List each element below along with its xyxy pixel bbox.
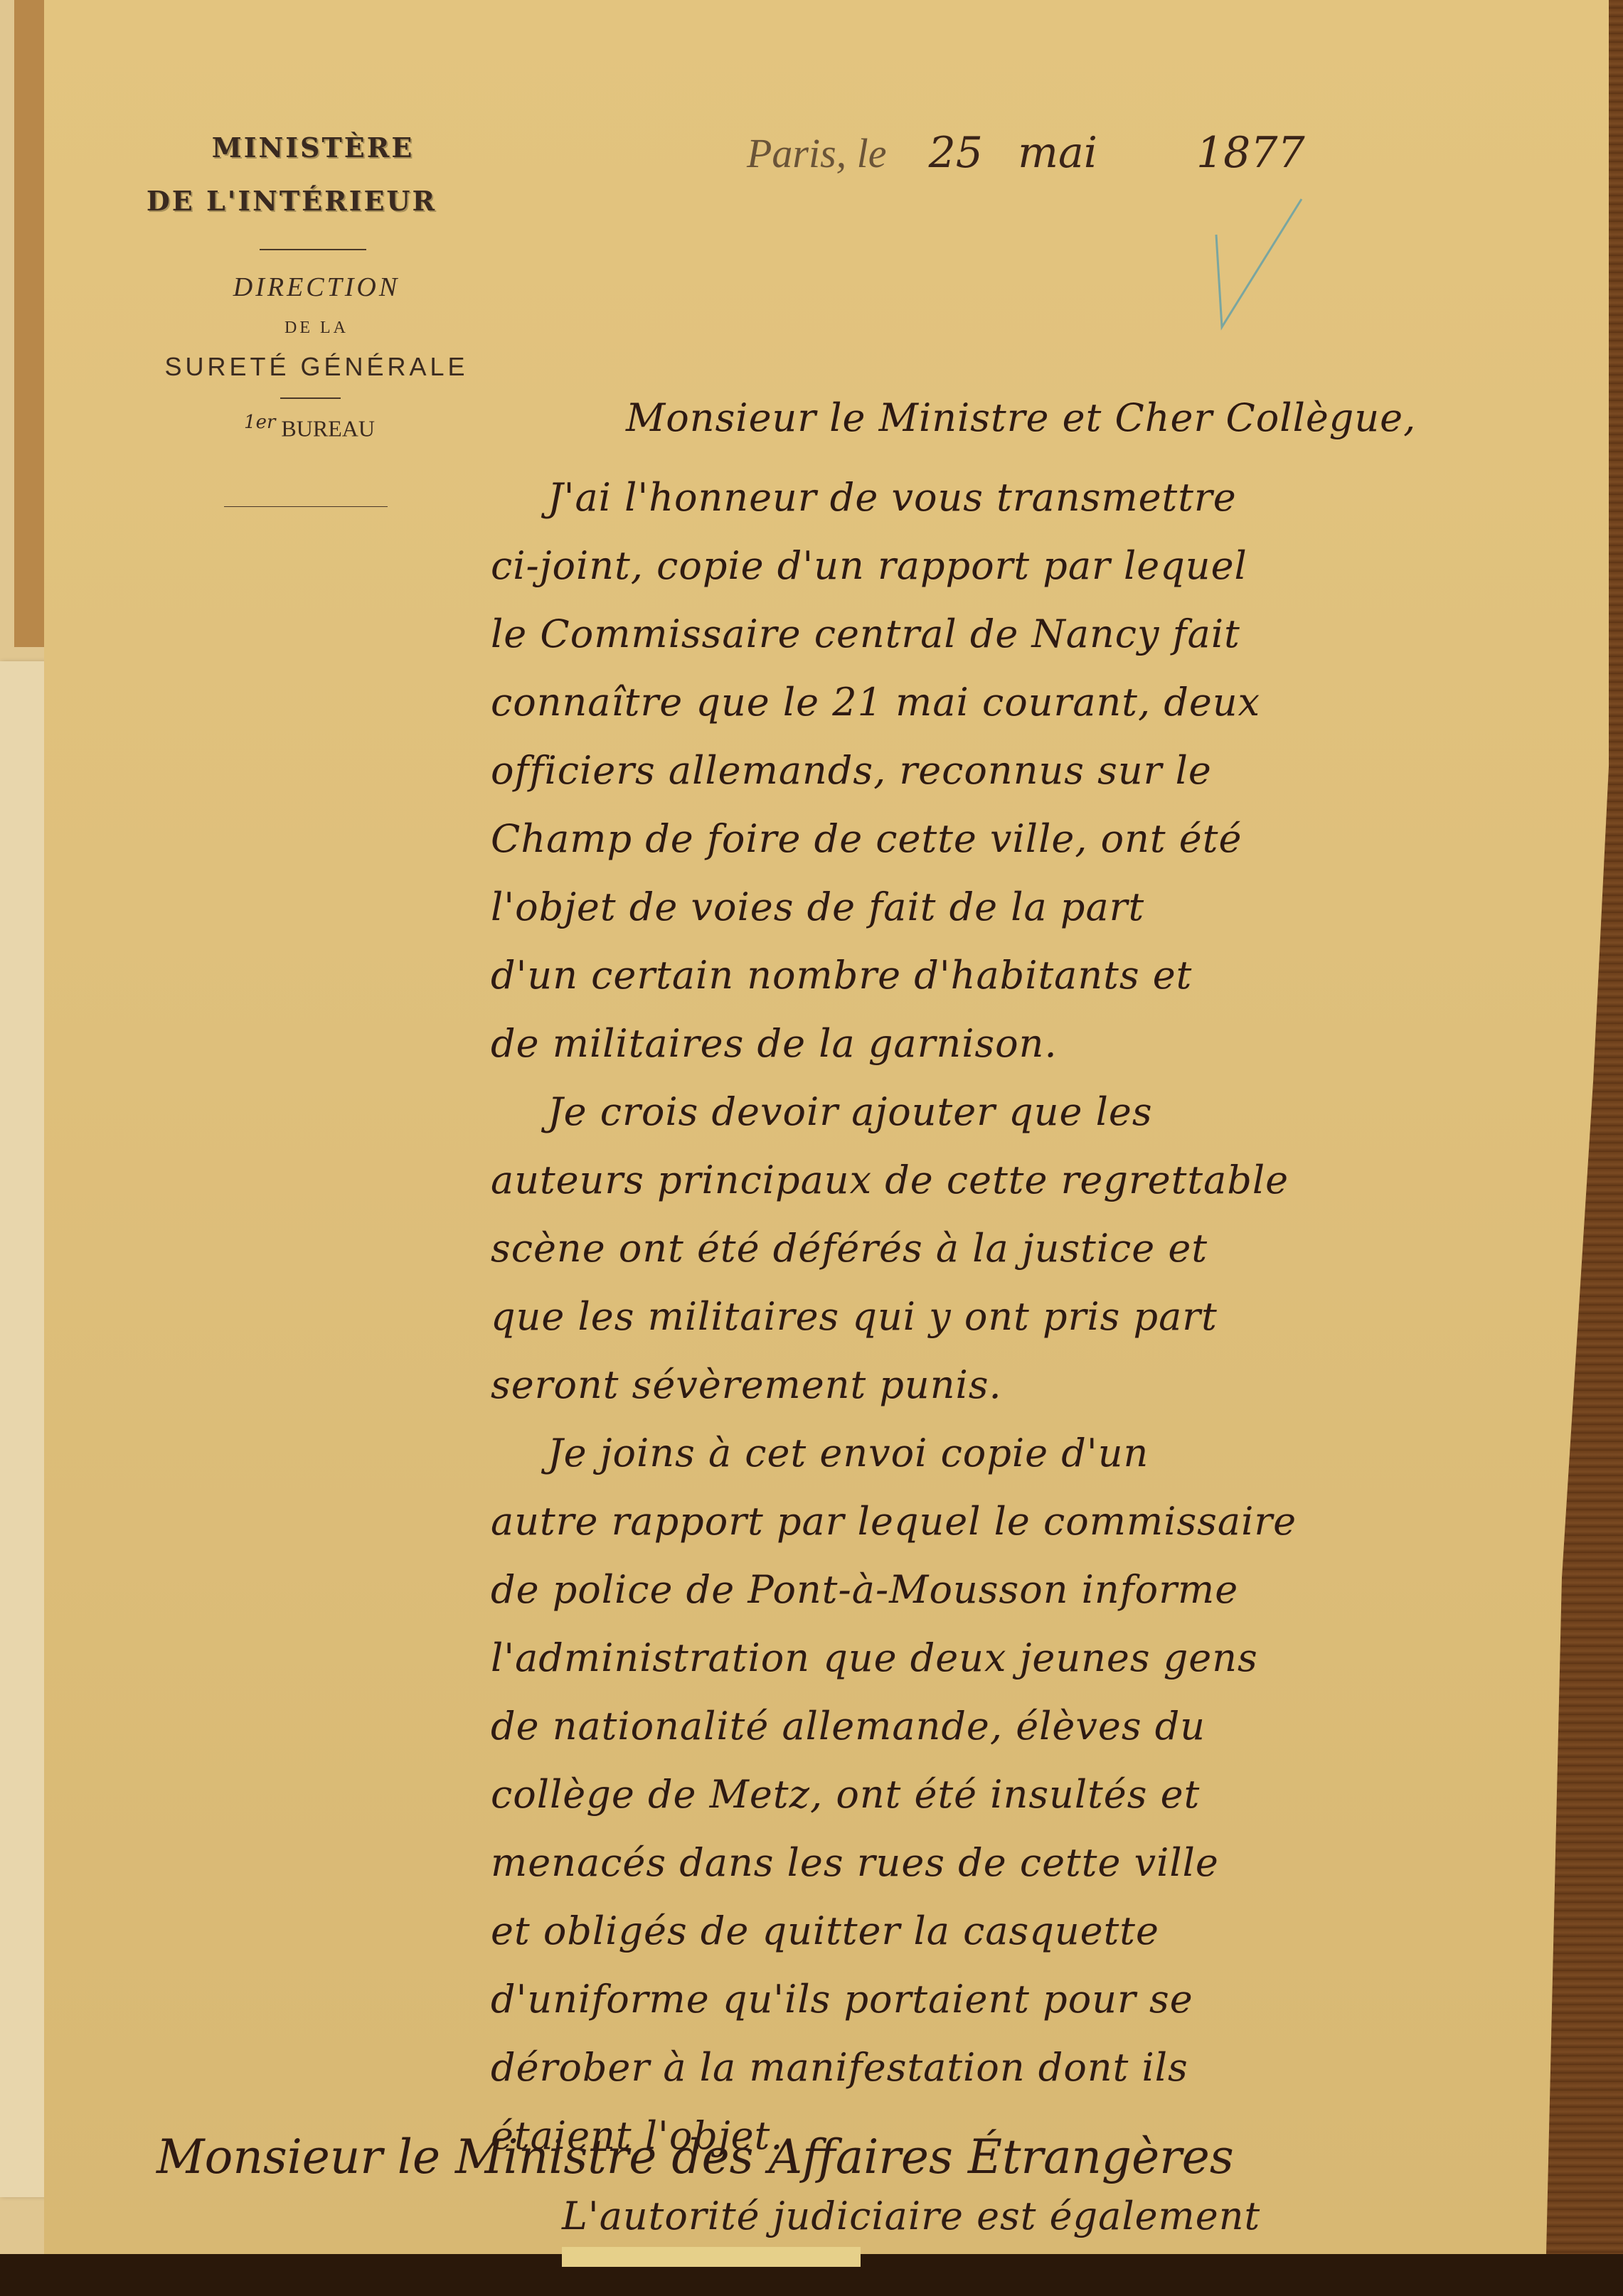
letter-line: le Commissaire central de Nancy fait (491, 600, 1572, 668)
letter-line: de police de Pont-à-Mousson informe (491, 1556, 1572, 1624)
checkmark-icon (1209, 192, 1309, 334)
date-year: 1877 (1196, 128, 1305, 178)
bureau-ordinal: 1er (244, 412, 275, 433)
letter-line: dérober à la manifestation dont ils (491, 2034, 1572, 2102)
letter-line: ci-joint, copie d'un rapport par lequel (491, 532, 1572, 600)
letter-line: de nationalité allemande, élèves du (491, 1692, 1572, 1761)
de-la-label: DE LA (121, 319, 512, 338)
letter-line: seront sévèrement punis. (491, 1351, 1572, 1419)
letter-line: Champ de foire de cette ville, ont été (491, 805, 1572, 873)
ornament-divider (260, 249, 366, 250)
ministry-title-line1: MINISTÈRE (114, 132, 512, 164)
date-month: mai (1018, 128, 1097, 178)
letter-line: de militaires de la garnison. (491, 1010, 1572, 1078)
letter-line: d'un certain nombre d'habitants et (491, 941, 1572, 1010)
letter-line: scène ont été déférés à la justice et (491, 1214, 1572, 1283)
letter-line: d'uniforme qu'ils portaient pour se (491, 1965, 1572, 2034)
surete-generale-label: SURETÉ GÉNÉRALE (121, 352, 512, 382)
letterhead: MINISTÈRE DE L'INTÉRIEUR DIRECTION DE LA… (142, 132, 512, 507)
salutation: Monsieur le Ministre et Cher Collègue, (491, 384, 1572, 464)
letter-line: autre rapport par lequel le commissaire (491, 1488, 1572, 1556)
letter-line: connaître que le 21 mai courant, deux (491, 668, 1572, 737)
letter-line: et obligés de quitter la casquette (491, 1897, 1572, 1965)
bureau-label: 1er BUREAU (107, 412, 512, 442)
ornament-divider-long (224, 506, 388, 507)
date-day: 25 (929, 128, 983, 178)
addressee: Monsieur le Ministre des Affaires Étrang… (156, 2130, 1234, 2184)
letter-line: Je joins à cet envoi copie d'un (491, 1419, 1572, 1488)
ornament-divider-small (280, 397, 341, 399)
dateline: Paris, le 25 mai 1877 (747, 128, 1305, 178)
ministry-title-line2: DE L'INTÉRIEUR (71, 185, 512, 217)
letter-line: collège de Metz, ont été insultés et (491, 1761, 1572, 1829)
letter-line: l'objet de voies de fait de la part (491, 873, 1572, 941)
bureau-text: BUREAU (281, 416, 375, 442)
letter-line: auteurs principaux de cette regrettable (491, 1146, 1572, 1214)
letter-body: Monsieur le Ministre et Cher Collègue, J… (491, 384, 1572, 2263)
letter-line: officiers allemands, reconnus sur le (491, 737, 1572, 805)
paper-strip (562, 2247, 861, 2267)
letter-line: que les militaires qui y ont pris part (491, 1283, 1572, 1351)
letter-line: menacés dans les rues de cette ville (491, 1829, 1572, 1897)
dateline-printed: Paris, le (747, 130, 887, 176)
letter-line: Je crois devoir ajouter que les (491, 1078, 1572, 1146)
letter-line: J'ai l'honneur de vous transmettre (491, 464, 1572, 532)
direction-label: DIRECTION (121, 272, 512, 303)
letter-line: l'administration que deux jeunes gens (491, 1624, 1572, 1692)
